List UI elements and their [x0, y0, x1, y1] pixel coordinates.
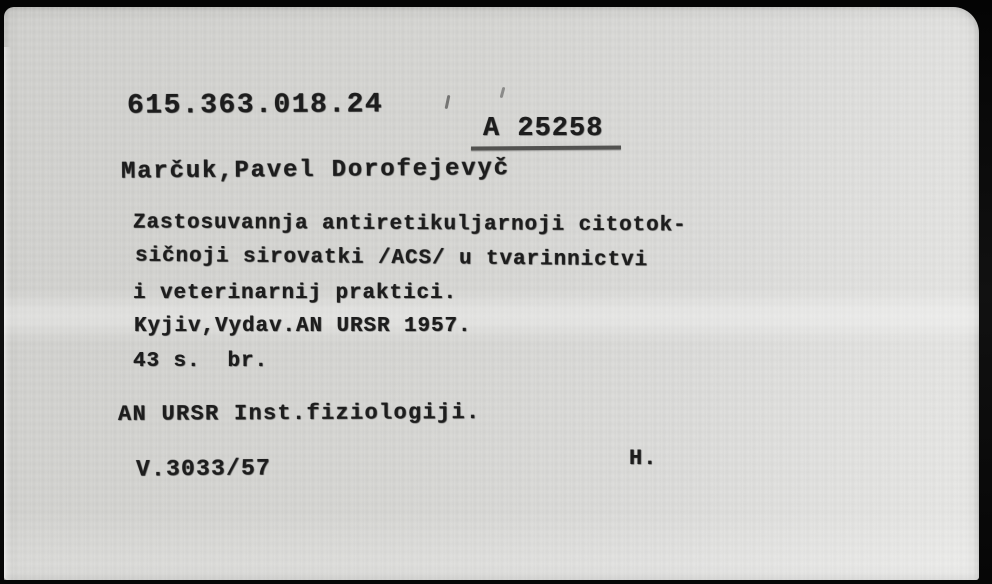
paper-bottom-glow	[4, 510, 979, 580]
accession-number: A 25258	[483, 115, 603, 143]
title-line: i veterinarnij praktici.	[133, 283, 457, 305]
annotation-letter: H.	[629, 447, 657, 470]
imprint-line: Kyjiv,Vydav.AN URSR 1957.	[134, 316, 472, 338]
author-heading: Marčuk,Pavel Dorofejevyč	[121, 156, 510, 185]
title-line: sičnoji sirovatki /ACS/ u tvarinnictvi	[135, 246, 648, 273]
title-line: Zastosuvannja antiretikuljarnoji citotok…	[133, 213, 687, 238]
paper-edge-highlight	[4, 47, 11, 580]
institution-line: AN URSR Inst.fiziologiji.	[118, 401, 481, 426]
scanned-catalog-card: 615.363.018.24 A 25258 Marčuk,Pavel Doro…	[0, 0, 992, 584]
collation-line: 43 s. br.	[133, 351, 268, 373]
ink-speck	[445, 95, 451, 109]
index-card-paper: 615.363.018.24 A 25258 Marčuk,Pavel Doro…	[4, 7, 979, 580]
accession-underline	[471, 145, 621, 150]
ink-speck	[500, 87, 506, 98]
record-number: V.3033/57	[136, 456, 271, 481]
classification-number: 615.363.018.24	[127, 90, 383, 121]
